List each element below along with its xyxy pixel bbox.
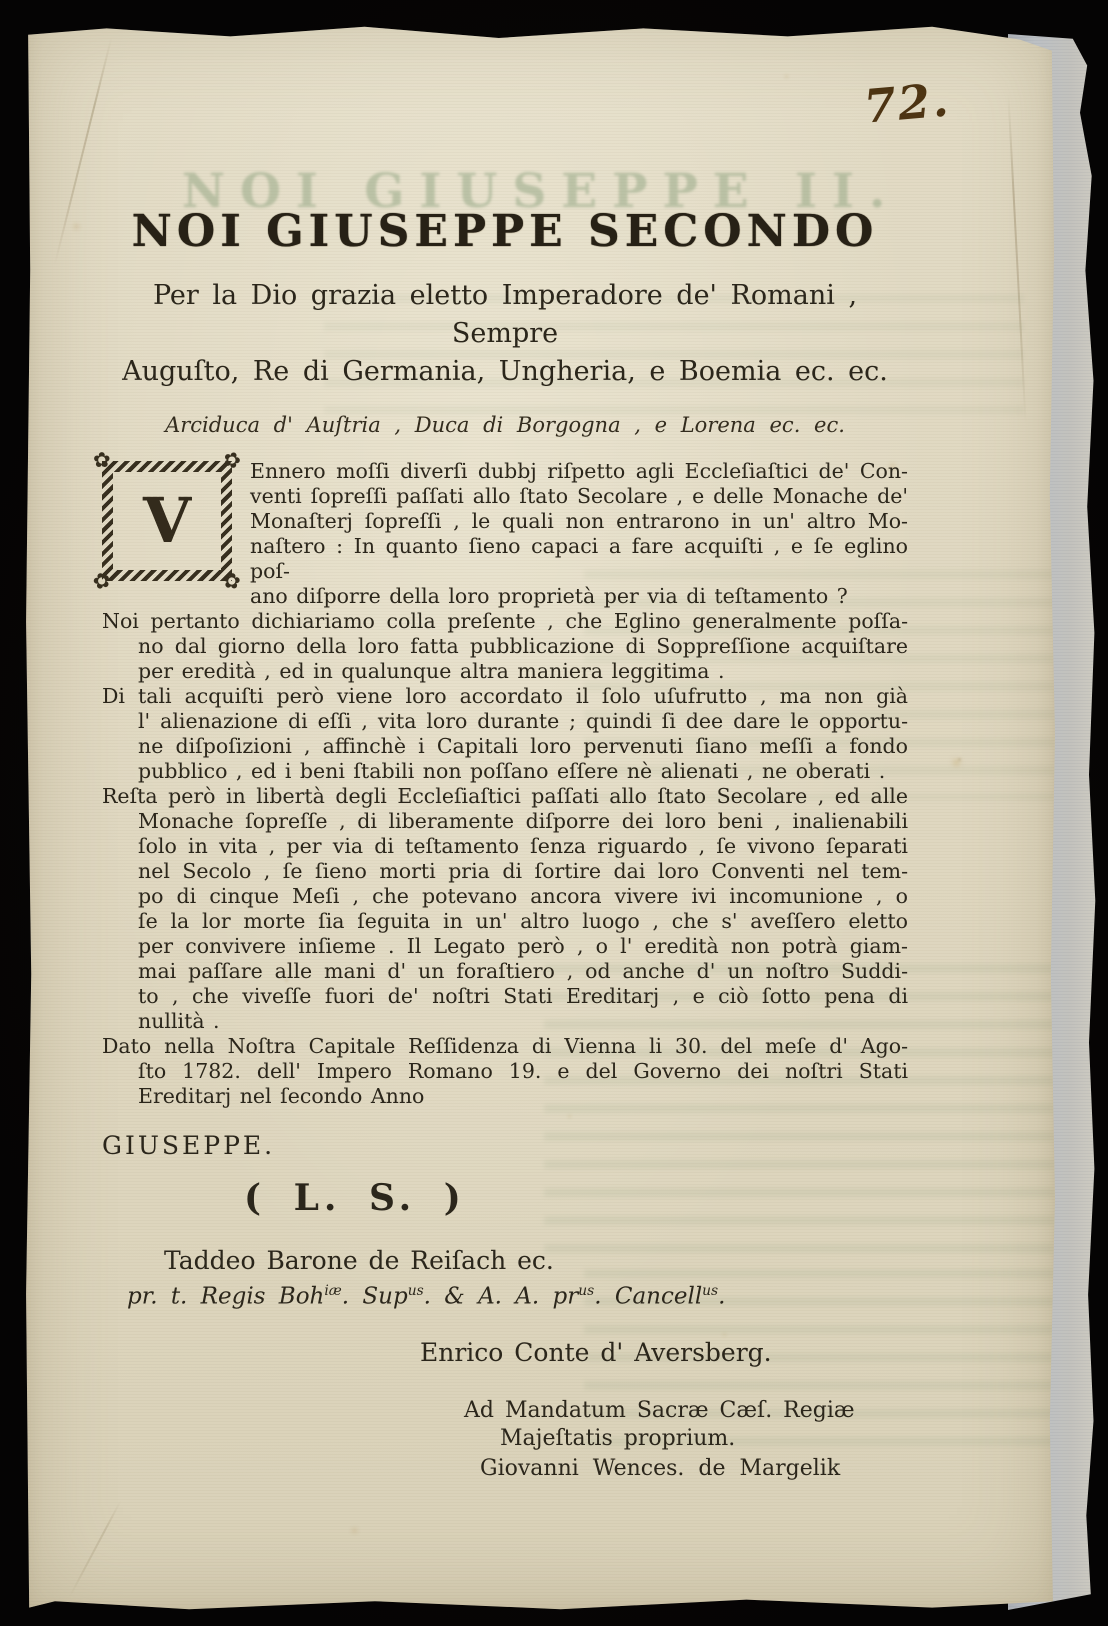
text-line: ſe la lor morte ſia ſeguita in un' altro…: [138, 909, 908, 934]
text-line: mai paſſare alle mani d' un foraſtiero ,…: [138, 959, 908, 984]
paragraph: Di tali acquiſti però viene loro accorda…: [102, 684, 908, 784]
text-line: Reſta però in libertà degli Eccleſiaſtic…: [102, 784, 908, 809]
text-line: l' alienazione di eſſi , vita loro duran…: [138, 709, 908, 734]
text-line: Monache ſopreſſe , di liberamente diſpor…: [138, 809, 908, 834]
text-line: ne diſpoſizioni , affinchè i Capitali lo…: [138, 734, 908, 759]
foxing-spots: [24, 14, 25, 15]
paper-sheet: NOI GIUSEPPE II. 72. NOI GIUSEPPE SECOND…: [24, 14, 1056, 1614]
text-line: po di cinque Meſi , che potevano ancora …: [138, 884, 908, 909]
paragraph: Reſta però in libertà degli Eccleſiaſtic…: [102, 784, 908, 1034]
document-title: NOI GIUSEPPE SECONDO: [102, 206, 908, 257]
paper-crease: [1007, 94, 1026, 424]
text-line: per convivere inſieme . Il Legato però ,…: [138, 934, 908, 959]
countersignature: Taddeo Barone de Reiſach ec.: [164, 1247, 908, 1275]
second-signature: Enrico Conte d' Aversberg.: [420, 1338, 908, 1368]
titles-line: Arciduca d' Auſtria , Duca di Borgogna ,…: [102, 413, 908, 437]
text-line: Di tali acquiſti però viene loro accorda…: [102, 684, 908, 709]
subtitle-line: Auguſto, Re di Germania, Ungheria, e Boe…: [102, 353, 908, 391]
floral-corner-icon: ✿: [91, 569, 113, 594]
text-line: no dal giorno della loro fatta pubblicaz…: [138, 634, 908, 659]
text-line: to , che viveſſe fuori de' noſtri Stati …: [138, 984, 908, 1009]
text-line: per eredità , ed in qualunque altra mani…: [138, 659, 908, 684]
sovereign-signature: GIUSEPPE.: [102, 1131, 908, 1161]
countersignature-titles: pr. t. Regis Bohiæ. Supus. & A. A. prus.…: [127, 1275, 908, 1313]
mandatum-line: Majeſtatis proprium.: [500, 1425, 908, 1453]
text-line: ano diſporre della loro proprietà per vi…: [138, 584, 908, 609]
body-paragraphs: ✿✿✿✿VEnnero moſſi diverſi dubbj riſpetto…: [102, 459, 908, 1109]
seal-mark: ( L. S. ): [244, 1175, 908, 1221]
document-scan: NOI GIUSEPPE II. 72. NOI GIUSEPPE SECOND…: [0, 0, 1108, 1626]
paper-crease: [68, 1500, 121, 1598]
text-line: pubblico , ed i beni ſtabili non poſſano…: [138, 759, 908, 784]
drop-cap-letter: V: [143, 490, 191, 552]
paragraph: Dato nella Noſtra Capitale Reſſidenza di…: [102, 1034, 908, 1109]
text-line: ſolo in vita , per via di teſtamento ſen…: [138, 834, 908, 859]
floral-corner-icon: ✿: [93, 450, 111, 471]
text-line: Noi pertanto dichiariamo colla preſente …: [102, 609, 908, 634]
secretary-signature: Giovanni Wences. de Margelik: [480, 1455, 908, 1483]
decorative-initial-frame: ✿✿✿✿V: [102, 461, 232, 581]
paragraph: Noi pertanto dichiariamo colla preſente …: [102, 609, 908, 684]
text-line: ſto 1782. dell' Impero Romano 19. e del …: [138, 1059, 908, 1084]
text-line: nel Secolo , ſe ſieno morti pria di ſort…: [138, 859, 908, 884]
subtitle-line: Per la Dio grazia eletto Imperadore de' …: [102, 277, 908, 353]
printed-content: NOI GIUSEPPE SECONDO Per la Dio grazia e…: [102, 14, 908, 1483]
paragraph: ✿✿✿✿VEnnero moſſi diverſi dubbj riſpetto…: [102, 459, 908, 609]
document-subtitle: Per la Dio grazia eletto Imperadore de' …: [102, 277, 908, 391]
floral-corner-icon: ✿: [222, 570, 242, 593]
text-line: nullità .: [138, 1009, 908, 1034]
text-line: Ereditarj nel ſecondo Anno: [138, 1084, 908, 1109]
text-line: Dato nella Noſtra Capitale Reſſidenza di…: [102, 1034, 908, 1059]
mandatum-line: Ad Mandatum Sacræ Cæſ. Regiæ: [464, 1396, 908, 1425]
